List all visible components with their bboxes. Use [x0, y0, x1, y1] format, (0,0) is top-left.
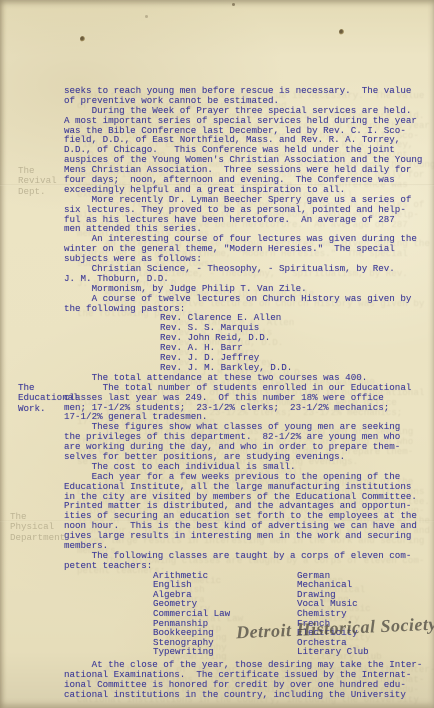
margin-label-line: Department: [10, 533, 65, 543]
margin-label-revival-dept: TheRevivalDept.: [18, 166, 57, 197]
class-row: TypewritingLiterary Club: [153, 647, 432, 657]
margin-label-physical-department: ThePhysicalDepartment: [10, 512, 65, 543]
ink-speck: [145, 15, 148, 18]
pin-hole-mark: [339, 29, 344, 35]
pastor-name-line: Rev. John Reid, D.D.: [64, 333, 432, 343]
ink-speck: [232, 3, 235, 6]
class-row: ArithmeticGerman: [153, 571, 432, 581]
class-list-two-columns: ArithmeticGermanEnglishMechanicalAlgebra…: [64, 571, 432, 657]
margin-label-line: Dept.: [18, 187, 57, 197]
document-page: seeks to reach young men before rescue i…: [0, 0, 434, 708]
typed-text-column: seeks to reach young men before rescue i…: [64, 86, 432, 700]
pastors-list: Rev. Clarence E. AllenRev. S. S. Marquis…: [64, 313, 432, 372]
pin-hole-mark: [80, 36, 85, 42]
paragraphs-religious-work: seeks to reach young men before rescue i…: [64, 86, 432, 313]
typed-text-line: cational institutions in the country, in…: [64, 690, 432, 700]
typed-text-line: gives large results in interesting men i…: [64, 531, 432, 541]
paragraphs-educational-work: The total number of students enrolled in…: [64, 383, 432, 571]
class-name-right: Literary Club: [297, 647, 369, 657]
closing-paragraph: At the close of the year, those desiring…: [64, 660, 432, 700]
typed-text-line: petent teachers:: [64, 561, 432, 571]
class-row: EnglishMechanical: [153, 580, 432, 590]
class-name-left: Typewriting: [153, 647, 297, 657]
